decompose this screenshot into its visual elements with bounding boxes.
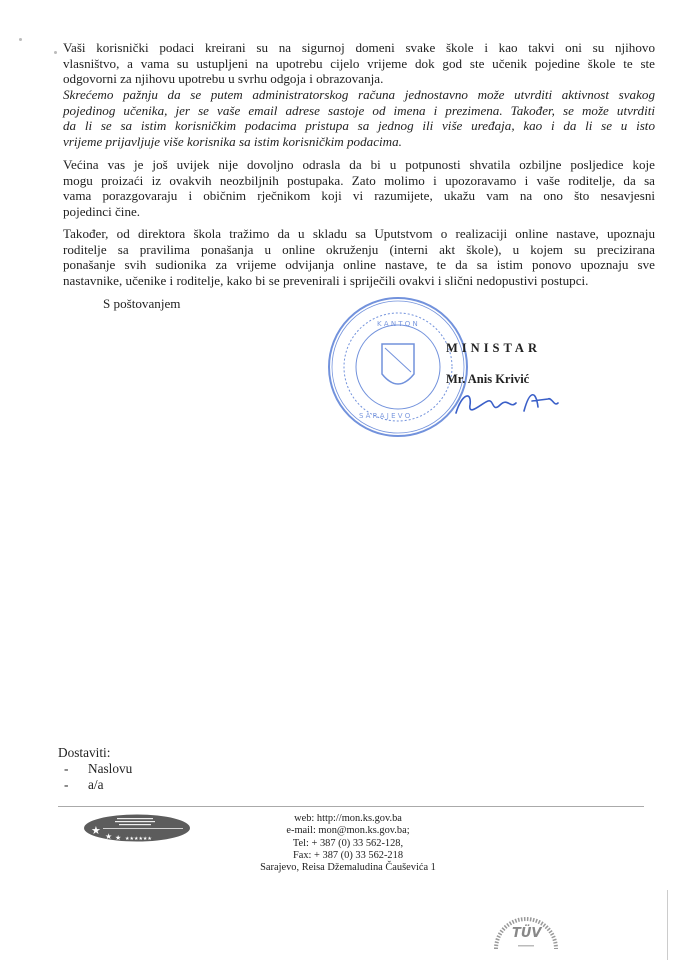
email-link[interactable]: e-mail: mon@mon.ks.gov.ba; xyxy=(250,825,446,837)
svg-text:★: ★ xyxy=(115,834,121,842)
official-seal-icon: K A N T O N S A R A J E V O xyxy=(327,296,469,438)
closing-regards: S poštovanjem xyxy=(103,296,180,312)
paragraph-directors-request: Također, od direktora škola tražimo da u… xyxy=(63,226,655,288)
svg-text:★★★★★★: ★★★★★★ xyxy=(125,836,152,842)
text-line: roditelje sa pravilima ponašanja u onlin… xyxy=(63,242,655,258)
paragraph-ownership: Vaši korisnički podaci kreirani su na si… xyxy=(63,40,655,87)
text-line: pojedinci čine. xyxy=(63,204,655,220)
text-line: da li se sa istim korisničkim podacima p… xyxy=(63,118,655,134)
website-link[interactable]: web: http://mon.ks.gov.ba xyxy=(250,813,446,825)
text-line: Također, od direktora škola tražimo da u… xyxy=(63,226,655,242)
text-line: Većina vas je još uvijek nije dovoljno o… xyxy=(63,157,655,173)
text-line: pojedinog učenika, jer se vaše email adr… xyxy=(63,103,655,119)
text-line: odgovorni za njihovu upotrebu u svrhu od… xyxy=(63,71,655,87)
distribution-item: -Naslovu xyxy=(58,761,132,777)
distribution-list: Dostaviti: -Naslovu -a/a xyxy=(58,745,132,793)
svg-text:★: ★ xyxy=(105,832,112,841)
text-line: nastavnike, učenike i roditelje, kako bi… xyxy=(63,273,655,289)
paragraph-monitoring-notice: Skrećemo pažnju da se putem administrato… xyxy=(63,87,655,149)
svg-text:★: ★ xyxy=(91,825,101,837)
contact-info: web: http://mon.ks.gov.ba e-mail: mon@mo… xyxy=(250,813,446,874)
address: Sarajevo, Reisa Džemaludina Čauševića 1 xyxy=(250,862,446,874)
distribution-item: -a/a xyxy=(58,777,132,793)
scan-mark xyxy=(19,38,22,41)
text-line: mogu proizaći iz ovakvih neozbiljnih pos… xyxy=(63,173,655,189)
text-line: vrijeme prijavljuje više korisnika sa is… xyxy=(63,134,655,150)
text-line: Vaši korisnički podaci kreirani su na si… xyxy=(63,40,655,56)
text-line: vlasništvo, a vama su ustupljeni na upot… xyxy=(63,56,655,72)
text-line: Skrećemo pažnju da se putem administrato… xyxy=(63,87,655,103)
svg-text:S A R A J E V O: S A R A J E V O xyxy=(359,412,411,420)
footer-divider xyxy=(58,806,644,807)
text-line: ponašanje svih sudionika za vrijeme odvi… xyxy=(63,257,655,273)
fax: Fax: + 387 (0) 33 562-218 xyxy=(250,850,446,862)
minister-title: MINISTAR xyxy=(446,341,541,356)
svg-text:K A N T O N: K A N T O N xyxy=(377,320,418,328)
paragraph-parents-warning: Većina vas je još uvijek nije dovoljno o… xyxy=(63,157,655,219)
svg-text:TÜV: TÜV xyxy=(512,925,542,941)
scan-edge xyxy=(667,890,668,960)
canton-logo-icon: ★ ★ ★ ★★★★★★ xyxy=(83,814,191,842)
phone: Tel: + 387 (0) 33 562-128, xyxy=(250,838,446,850)
signature-icon xyxy=(452,383,562,423)
distribution-label: Dostaviti: xyxy=(58,745,132,761)
bullet-mark xyxy=(54,51,57,54)
tuv-certification-icon: TÜV xyxy=(490,905,562,955)
text-line: vama porazgovaraju i običnim rječnikom k… xyxy=(63,188,655,204)
